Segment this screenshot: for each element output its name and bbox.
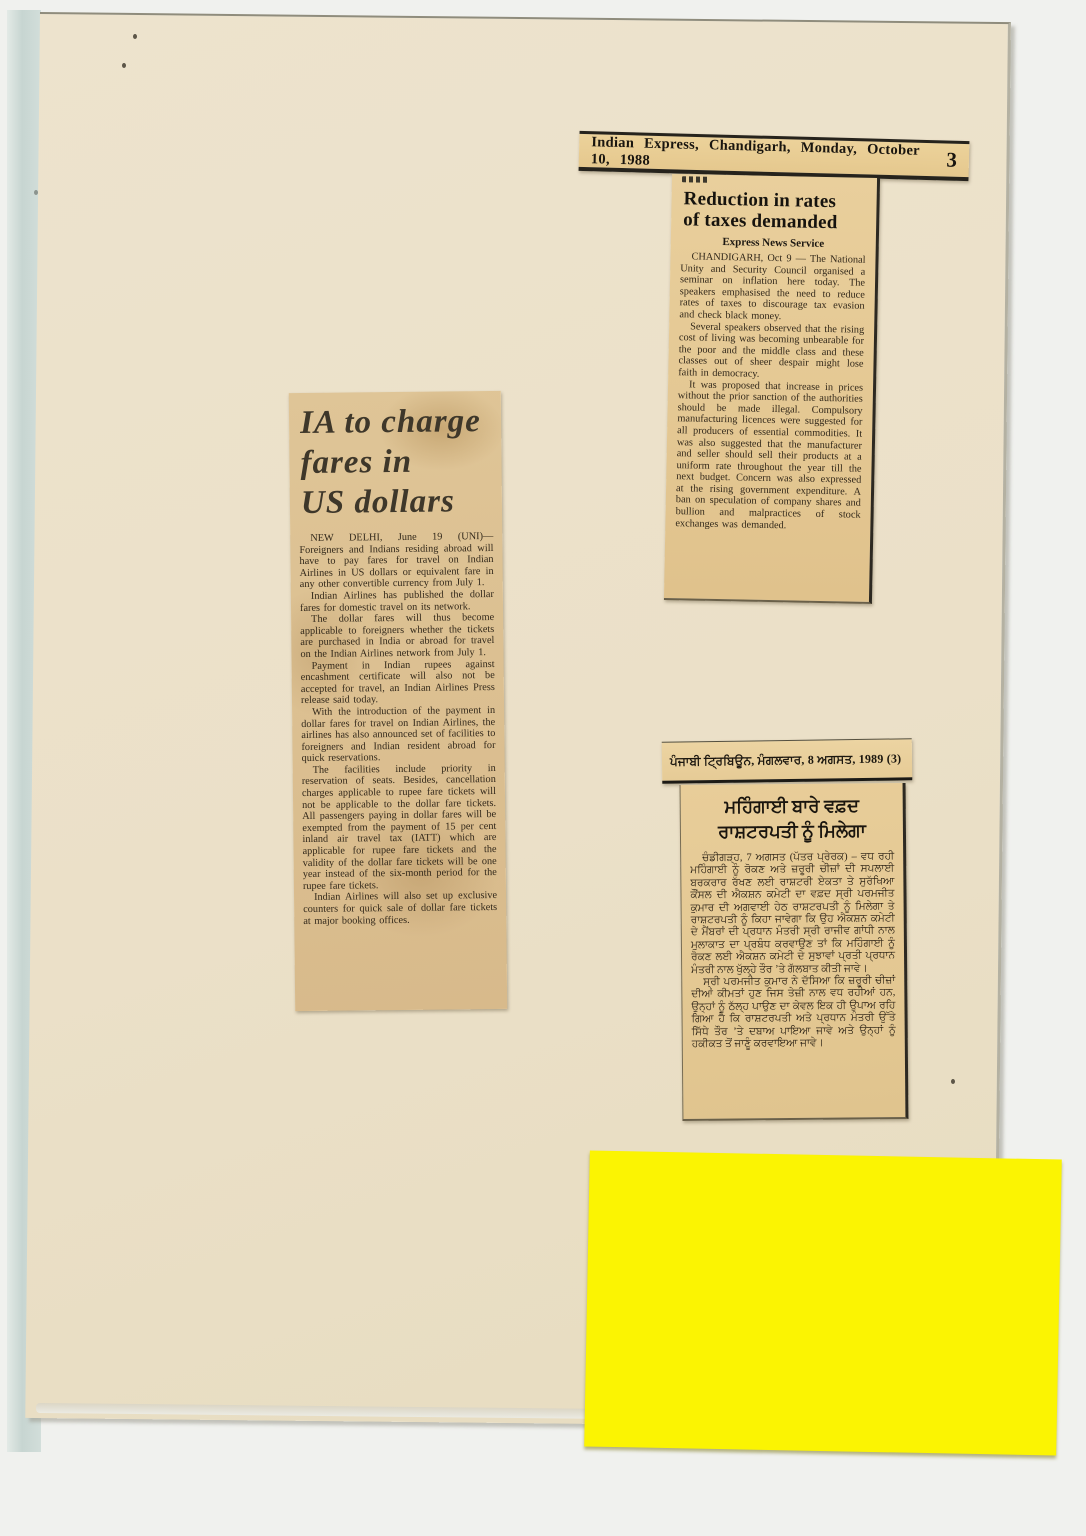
ink-speck (133, 34, 137, 39)
ink-speck (951, 1079, 955, 1084)
ia-article-paragraph: The facilities include priority in reser… (302, 763, 497, 893)
punjabi-article-paragraph: ਸ੍ਰੀ ਪਰਮਜੀਤ ਕੁਮਾਰ ਨੇ ਦੱਸਿਆ ਕਿ ਜ਼ਰੂਰੀ ਚੀਜ… (691, 975, 896, 1051)
ia-article-paragraph: Indian Airlines has published the dollar… (300, 589, 494, 614)
tax-article-paragraph: Several speakers observed that the risin… (678, 321, 864, 383)
punjabi-masthead-text: ਪੰਜਾਬੀ ਟ੍ਰਿਬਿਊਨ, ਮੰਗਲਵਾਰ, 8 ਅਗਸਤ, 1989 (… (670, 751, 902, 769)
ia-article-paragraph: NEW DELHI, June 19 (UNI)— Foreigners and… (299, 531, 494, 591)
ia-article-clipping: IA to charge fares in US dollars NEW DEL… (289, 391, 507, 1011)
ia-article-paragraph: With the introduction of the payment in … (301, 705, 496, 765)
punjabi-masthead-clipping: ਪੰਜਾਬੀ ਟ੍ਰਿਬਿਊਨ, ਮੰਗਲਵਾਰ, 8 ਅਗਸਤ, 1989 (… (662, 738, 913, 783)
ink-speck (122, 63, 126, 68)
ia-article-paragraph: Indian Airlines will also set up exclusi… (303, 890, 497, 927)
punjabi-article-clipping: ਮਹਿੰਗਾਈ ਬਾਰੇ ਵਫ਼ਦ ਰਾਸ਼ਟਰਪਤੀ ਨੂੰ ਮਿਲੇਗਾ ਚ… (680, 783, 909, 1121)
spine-speck (34, 190, 38, 195)
masthead-text: Indian Express, Chandigarh, Monday, Octo… (591, 134, 927, 177)
masthead-page-number: 3 (946, 148, 957, 173)
cut-text-fragment (682, 176, 708, 182)
punjabi-article-headline: ਮਹਿੰਗਾਈ ਬਾਰੇ ਵਫ਼ਦ ਰਾਸ਼ਟਰਪਤੀ ਨੂੰ ਮਿਲੇਗਾ (690, 793, 894, 845)
punjabi-article-paragraph: ਚੰਡੀਗੜ੍ਹ, 7 ਅਗਸਤ (ਪੱਤਰ ਪ੍ਰੇਰਕ) – ਵਧ ਰਹੀ … (690, 851, 895, 977)
scrapbook-scan: Indian Express, Chandigarh, Monday, Octo… (0, 0, 1086, 1536)
tax-article-clipping: Reduction in rates of taxes demanded Exp… (664, 174, 880, 604)
tax-article-paragraph: CHANDIGARH, Oct 9 — The National Unity a… (679, 251, 865, 324)
ia-article-paragraph: The dollar fares will thus become applic… (300, 612, 494, 660)
tax-article-headline: Reduction in rates of taxes demanded (683, 188, 867, 234)
tax-article-paragraph: It was proposed that increase in prices … (675, 379, 863, 533)
yellow-sticky-note (584, 1150, 1062, 1455)
ia-article-paragraph: Payment in Indian rupees against encashm… (301, 659, 495, 707)
tax-article-byline: Express News Service (681, 235, 866, 251)
ia-article-headline: IA to charge fares in US dollars (300, 401, 493, 523)
